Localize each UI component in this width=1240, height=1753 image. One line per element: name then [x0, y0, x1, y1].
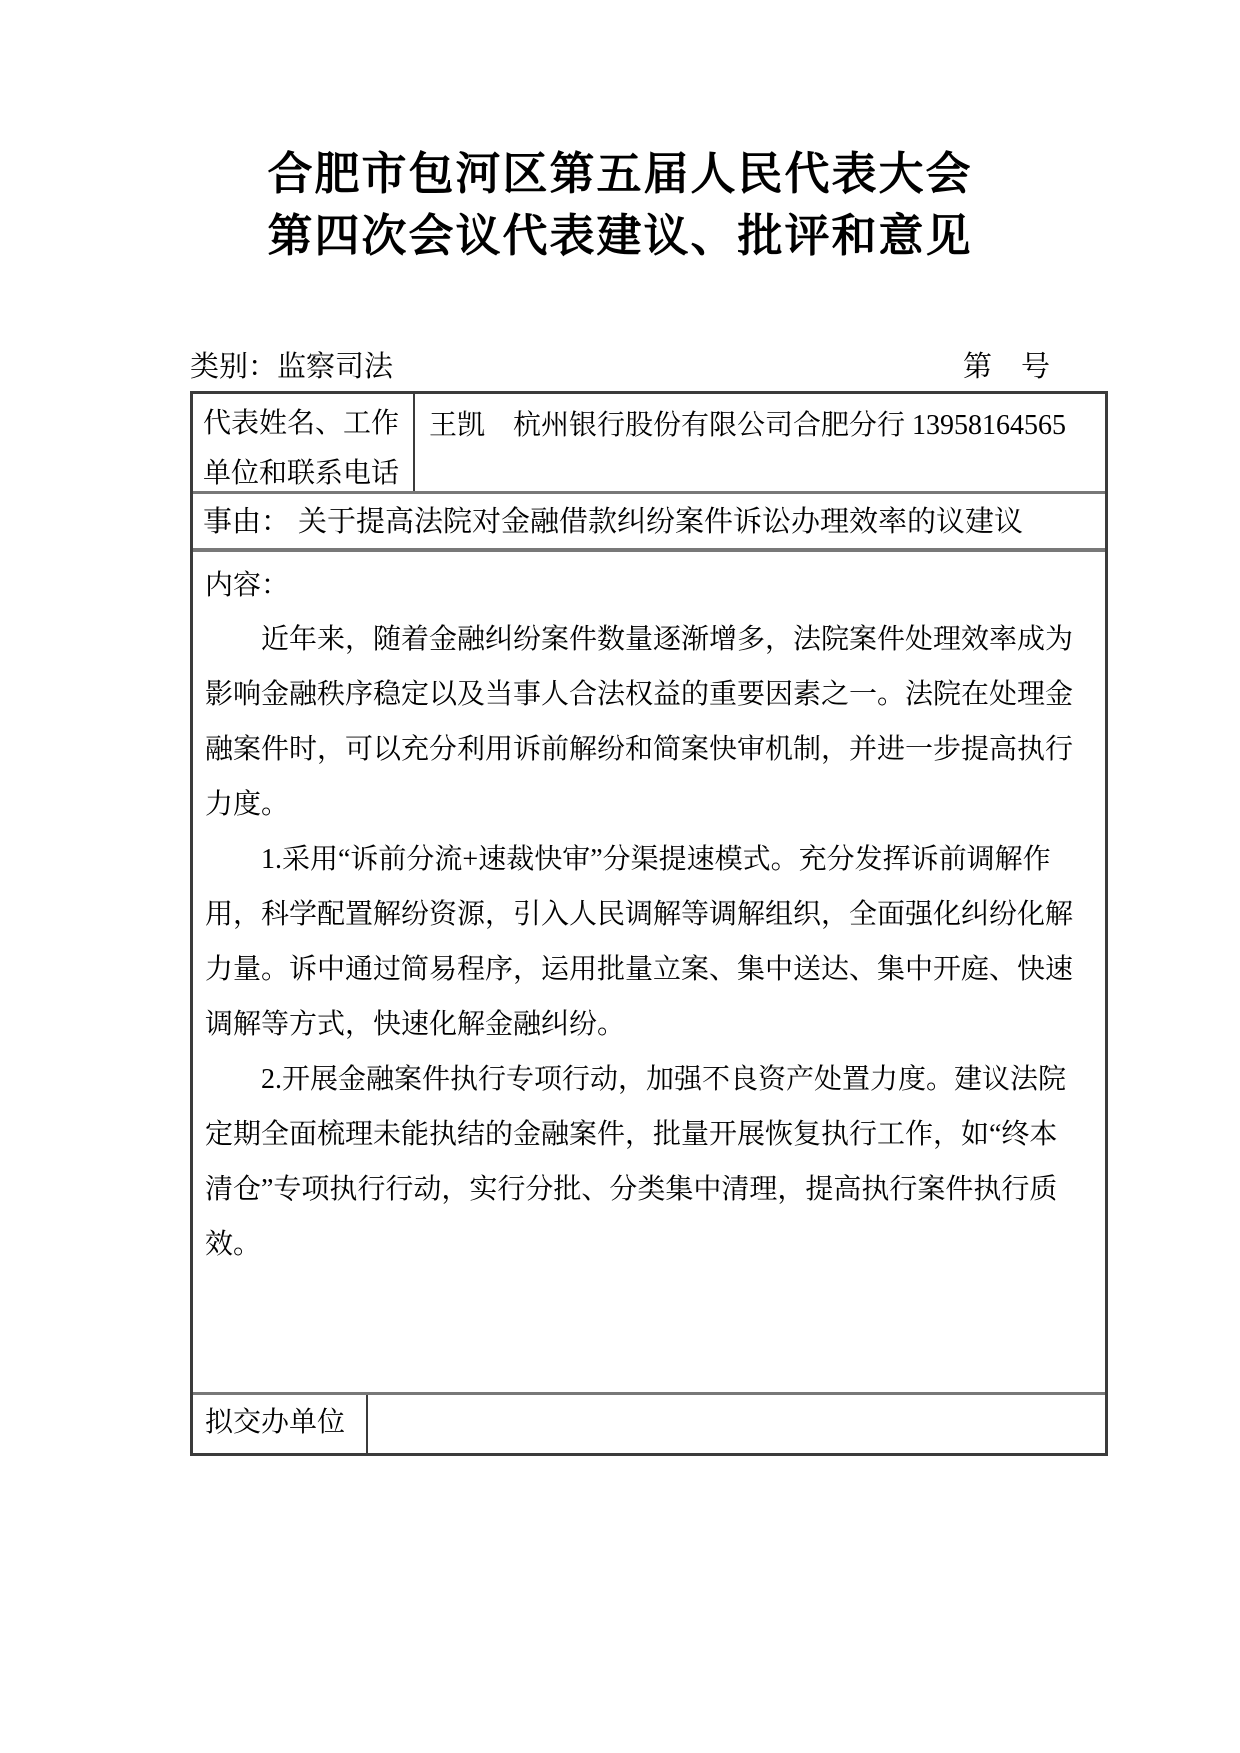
content-paragraph-3: 2.开展金融案件执行专项行动，加强不良资产处置力度。建议法院 定期全面梳理未能执…	[205, 1052, 1093, 1272]
document-body: 类别：监察司法 第 号 代表姓名、工作 单位和联系电话 王凯 杭州银行股份有限公…	[190, 347, 1108, 1456]
assign-unit-value-cell	[368, 1395, 1105, 1453]
subject-row: 事由：关于提高法院对金融借款纠纷案件诉讼办理效率的议建议	[193, 494, 1105, 552]
form-table: 代表姓名、工作 单位和联系电话 王凯 杭州银行股份有限公司合肥分行 139581…	[190, 391, 1108, 1456]
category-value: 监察司法	[277, 351, 393, 383]
subject-label: 事由：	[203, 506, 290, 538]
assign-unit-label-cell: 拟交办单位	[193, 1395, 368, 1453]
category-field: 类别：监察司法	[190, 347, 393, 387]
document-page: { "title": { "line1": "合肥市包河区第五届人民代表大会",…	[0, 0, 1240, 1753]
meta-row: 类别：监察司法 第 号	[190, 347, 1108, 389]
representative-row: 代表姓名、工作 单位和联系电话 王凯 杭州银行股份有限公司合肥分行 139581…	[193, 394, 1105, 494]
document-title-line1: 合肥市包河区第五届人民代表大会	[0, 143, 1240, 205]
content-label: 内容：	[205, 560, 1093, 612]
document-title: 合肥市包河区第五届人民代表大会 第四次会议代表建议、批评和意见	[0, 0, 1240, 267]
representative-label-cell: 代表姓名、工作 单位和联系电话	[193, 394, 415, 491]
document-number: 第 号	[963, 347, 1050, 387]
assign-unit-row: 拟交办单位	[193, 1395, 1105, 1453]
content-paragraph-2: 1.采用“诉前分流+速裁快审”分渠提速模式。充分发挥诉前调解作 用，科学配置解纷…	[205, 832, 1093, 1052]
content-cell: 内容： 近年来，随着金融纠纷案件数量逐渐增多，法院案件处理效率成为 影响金融秩序…	[193, 552, 1105, 1395]
category-label: 类别：	[190, 351, 277, 383]
content-paragraph-1: 近年来，随着金融纠纷案件数量逐渐增多，法院案件处理效率成为 影响金融秩序稳定以及…	[205, 612, 1093, 832]
document-title-line2: 第四次会议代表建议、批评和意见	[0, 205, 1240, 267]
representative-value-cell: 王凯 杭州银行股份有限公司合肥分行 13958164565	[415, 394, 1105, 491]
subject-value: 关于提高法院对金融借款纠纷案件诉讼办理效率的议建议	[298, 506, 1023, 538]
